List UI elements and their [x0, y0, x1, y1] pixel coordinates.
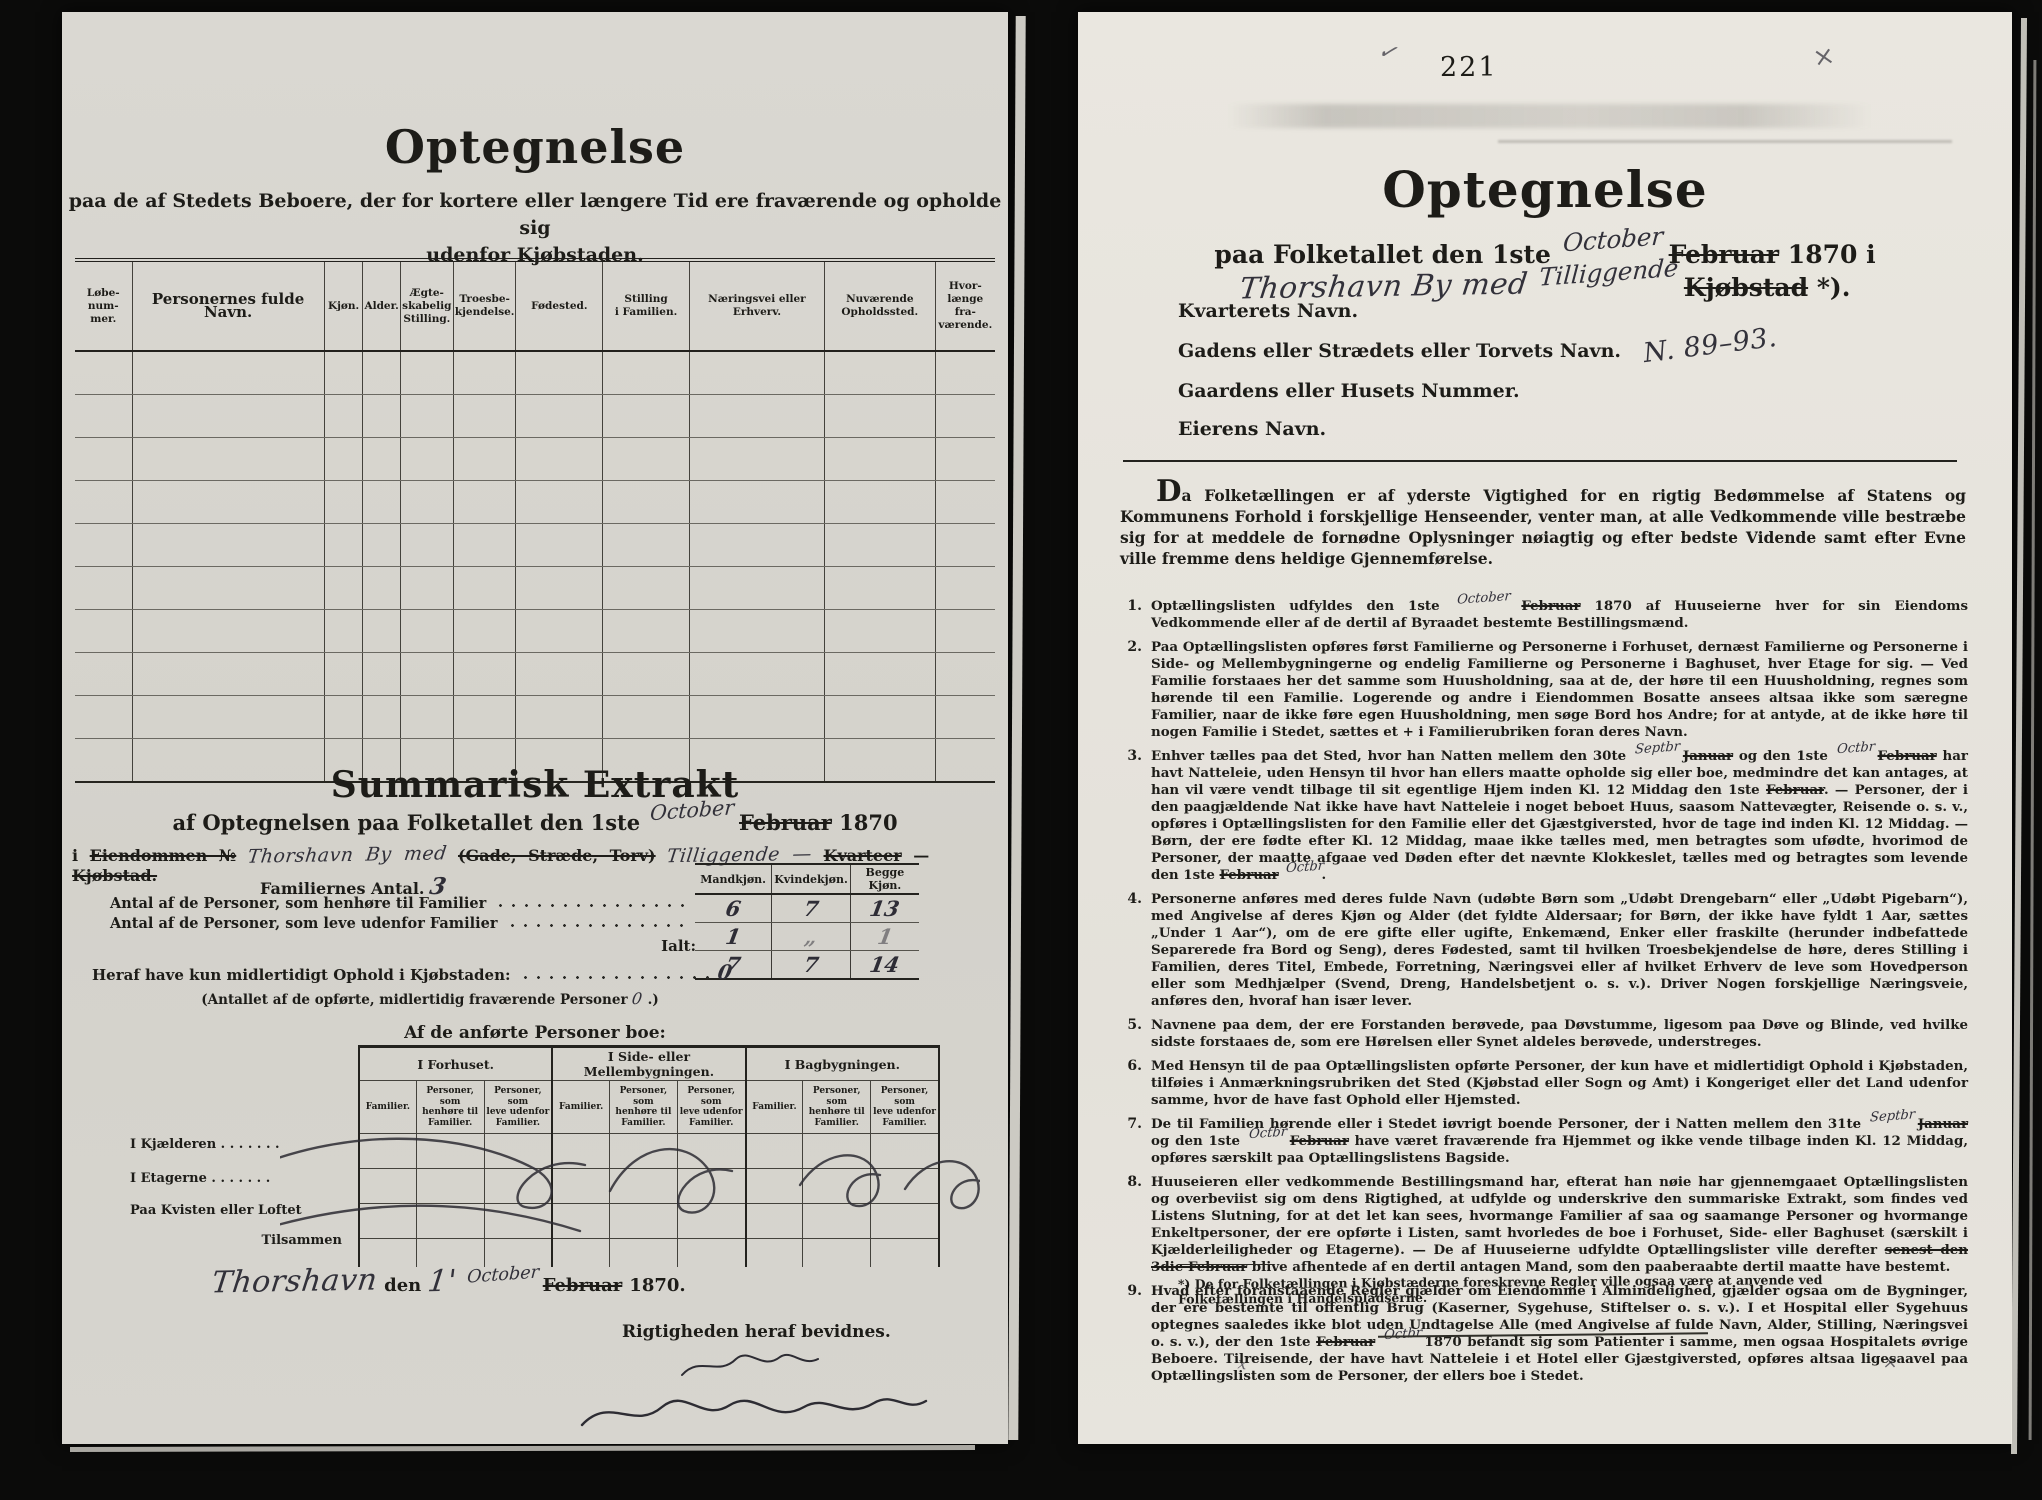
col-header-alder: Alder.: [363, 260, 400, 351]
table-row: [75, 524, 995, 567]
item-number: 1.: [1118, 598, 1142, 632]
count-value: „: [803, 924, 820, 949]
absent-persons-note: (Antallet af de opførte, midlertidig fra…: [80, 989, 780, 1008]
stat-label: Antal af de Personer, som leve udenfor F…: [110, 915, 498, 932]
dwelling-subheader: Familier. Personer, som henhøre til Fami…: [359, 1081, 939, 1134]
subcol-henhore: Personer, som henhøre til Familier.: [416, 1081, 484, 1134]
col-header-hvorlaenge: Hvor- længe fra- værende.: [935, 260, 995, 351]
group-forhuset: I Forhuset.: [359, 1047, 552, 1081]
stat-row-in-families: Antal af de Personer, som henhøre til Fa…: [110, 895, 696, 912]
dwelling-table-title: Af de anførte Personer boe:: [130, 1023, 940, 1043]
stray-pen-mark: ×: [1811, 40, 1838, 73]
group-bagbygningen: I Bagbygningen.: [746, 1047, 939, 1081]
col-header-kjon: Kjøn.: [324, 260, 363, 351]
table-row: [75, 567, 995, 610]
row-label-kvisten: Paa Kvisten eller Loftet: [130, 1203, 350, 1218]
label-eierens-navn: Eierens Navn.: [1178, 418, 1326, 440]
temporary-stay-line: Heraf have kun midlertidigt Ophold i Kjø…: [92, 960, 732, 984]
count-value: 14: [868, 952, 902, 977]
dwelling-grid: I Forhuset. I Side- eller Mellembygninge…: [358, 1045, 940, 1267]
intro-paragraph: Da Folketællingen er af yderste Vigtighe…: [1120, 480, 1966, 569]
right-page: 221 ✓ × × x Optegnelse paa Folketallet d…: [1078, 12, 2012, 1444]
item-text: Paa Optællingslisten opføres først Famil…: [1151, 639, 1968, 741]
label-husets-nummer: Gaardens eller Husets Nummer.: [1178, 380, 1520, 402]
table-row: [75, 351, 995, 395]
label-gadens-navn: Gadens eller Strædets eller Torvets Navn…: [1178, 340, 1621, 362]
item-number: 3.: [1118, 748, 1142, 884]
count-value: 7: [801, 952, 820, 977]
col-kvindekjon: Kvindekjøn.: [772, 864, 851, 894]
table-row: [75, 653, 995, 696]
stray-pen-mark: ✓: [1375, 38, 1399, 67]
group-mellembygningen: I Side- eller Mellembygningen.: [552, 1047, 745, 1081]
label-kvarterets-navn: Kvarterets Navn.: [1178, 300, 1358, 322]
col-header-navn: Personernes fulde Navn.: [132, 260, 324, 351]
col-beggekjon: Begge Kjøn.: [850, 864, 919, 894]
row-label-etagerne: I Etagerne . . . . . . .: [130, 1171, 350, 1186]
subcol-udenfor: Personer, som leve udenfor Familier.: [871, 1081, 939, 1134]
subcol-udenfor: Personer, som leve udenfor Familier.: [677, 1081, 745, 1134]
dwelling-group-header: I Forhuset. I Side- eller Mellembygninge…: [359, 1047, 939, 1081]
table-row: [75, 481, 995, 524]
col-header-aegteskabelig: Ægte- skabelig Stilling.: [400, 260, 453, 351]
dotted-leader: [519, 976, 713, 979]
item-text: Navnene paa dem, der ere Forstanden berø…: [1151, 1017, 1968, 1051]
sex-table-header: Mandkjøn. Kvindekjøn. Begge Kjøn.: [695, 864, 919, 894]
stat-row-outside-families: Antal af de Personer, som leve udenfor F…: [110, 915, 696, 932]
item-number: 9.: [1118, 1283, 1142, 1385]
col-header-lobenummer: Løbe- num- mer.: [75, 260, 132, 351]
instruction-item-2: 2. Paa Optællingslisten opføres først Fa…: [1118, 639, 1968, 741]
count-row: 6 7 13: [695, 894, 919, 923]
item-number: 6.: [1118, 1058, 1142, 1109]
count-value: 6: [724, 896, 743, 921]
instruction-item-5: 5. Navnene paa dem, der ere Forstanden b…: [1118, 1017, 1968, 1051]
item-text: Huuseieren eller vedkommende Bestillings…: [1151, 1174, 1968, 1276]
page-edge-binding: [1008, 16, 1025, 1440]
scanned-census-spread: Optegnelse paa de af Stedets Beboere, de…: [0, 0, 2042, 1500]
count-value: 7: [801, 896, 820, 921]
subcol-henhore: Personer, som henhøre til Familier.: [803, 1081, 871, 1134]
absence-table: Løbe- num- mer. Personernes fulde Navn. …: [75, 258, 995, 783]
instruction-item-6: 6. Med Hensyn til de paa Optællingsliste…: [1118, 1058, 1968, 1109]
item-text: Personerne anføres med deres fulde Navn …: [1151, 891, 1968, 1010]
item-number: 8.: [1118, 1174, 1142, 1276]
left-page-title: Optegnelse: [62, 120, 1008, 174]
left-subtitle-line1: paa de af Stedets Beboere, der for korte…: [62, 188, 1008, 242]
dwelling-row: [359, 1169, 939, 1204]
count-value: 1: [724, 924, 743, 949]
table-row: [75, 696, 995, 739]
extract-subtitle: af Optegnelsen paa Folketallet den 1ste …: [62, 810, 1008, 835]
item-text: De til Familien hørende eller i Stedet i…: [1151, 1116, 1968, 1167]
instruction-item-3: 3. Enhver tælles paa det Sted, hvor han …: [1118, 748, 1968, 884]
row-label-kjaelderen: I Kjælderen . . . . . . .: [130, 1137, 350, 1152]
dotted-leader: [506, 924, 690, 927]
col-header-naeringsvei: Næringsvei eller Erhverv.: [689, 260, 824, 351]
right-page-title: Optegnelse: [1078, 160, 2012, 219]
stat-label: Antal af de Personer, som henhøre til Fa…: [110, 895, 486, 912]
table-row: [75, 438, 995, 481]
instruction-item-1: 1. Optællingslisten udfyldes den 1ste Oc…: [1118, 598, 1968, 632]
summary-statistics: Familiernes Antal. 3 Antal af de Persone…: [80, 863, 990, 1013]
subcol-familier: Familier.: [552, 1081, 609, 1134]
right-page-subtitle: paa Folketallet den 1ste October Februar…: [1098, 240, 1992, 303]
extract-title: Summarisk Extrakt: [62, 764, 1008, 806]
item-text: Med Hensyn til de paa Optællingslisten o…: [1151, 1058, 1968, 1109]
ink-bleed-ghost: [1228, 104, 1872, 128]
col-header-fodested: Fødested.: [516, 260, 603, 351]
dateline: Thorshavn den 1' October Februar 1870.: [212, 1264, 686, 1299]
footnote-rule: [1178, 1264, 1273, 1265]
table-row: [75, 395, 995, 438]
handwritten-house-numbers: N. 89–93.: [1642, 322, 1779, 369]
temporary-stay-value: 0: [716, 960, 734, 984]
col-header-troesbekjendelse: Troesbe- kjendelse.: [453, 260, 516, 351]
subcol-henhore: Personer, som henhøre til Familier.: [610, 1081, 678, 1134]
page-edge-right-thin: [2029, 60, 2037, 1440]
subcol-familier: Familier.: [359, 1081, 416, 1134]
total-label: Ialt:: [110, 937, 696, 955]
footnote: *) De for Folketællingen i Kjøbstæderne …: [1178, 1271, 1922, 1306]
attestation-line: Rigtigheden heraf bevidnes.: [622, 1322, 891, 1342]
horizontal-rule: [1123, 460, 1957, 462]
item-text: Optællingslisten udfyldes den 1ste Octob…: [1151, 598, 1968, 632]
scratch-line: [1498, 140, 1952, 143]
folio-number: 221: [1440, 52, 1498, 83]
count-row: 1 „ 1: [695, 923, 919, 951]
temporary-stay-label: Heraf have kun midlertidigt Ophold i Kjø…: [92, 966, 511, 984]
dwelling-table: I Kjælderen . . . . . . . I Etagerne . .…: [130, 1045, 940, 1260]
subcol-udenfor: Personer, som leve udenfor Familier.: [484, 1081, 552, 1134]
dwelling-row: [359, 1204, 939, 1239]
item-text: Enhver tælles paa det Sted, hvor han Nat…: [1151, 748, 1968, 884]
subcol-familier: Familier.: [746, 1081, 803, 1134]
instruction-item-8: 8. Huuseieren eller vedkommende Bestilli…: [1118, 1174, 1968, 1276]
dwelling-row-total: [359, 1239, 939, 1268]
absence-table-header-row: Løbe- num- mer. Personernes fulde Navn. …: [75, 260, 995, 351]
col-header-stilling: Stilling i Familien.: [603, 260, 690, 351]
table-row: [75, 610, 995, 653]
left-page-subtitle: paa de af Stedets Beboere, der for korte…: [62, 188, 1008, 269]
item-number: 5.: [1118, 1017, 1142, 1051]
count-value: 1: [875, 924, 894, 949]
item-number: 2.: [1118, 639, 1142, 741]
dotted-leader: [494, 904, 690, 907]
instruction-item-4: 4. Personerne anføres med deres fulde Na…: [1118, 891, 1968, 1010]
instruction-item-7: 7. De til Familien hørende eller i Stede…: [1118, 1116, 1968, 1167]
count-value: 13: [868, 896, 902, 921]
absence-table-body: [75, 351, 995, 782]
item-number: 7.: [1118, 1116, 1142, 1167]
col-mandkjon: Mandkjøn.: [695, 864, 772, 894]
dwelling-row: [359, 1134, 939, 1169]
col-header-opholdssted: Nuværende Opholdssted.: [824, 260, 935, 351]
page-edge-right: [2011, 18, 2027, 1454]
left-page: Optegnelse paa de af Stedets Beboere, de…: [62, 12, 1008, 1444]
row-label-tilsammen: Tilsammen: [130, 1233, 352, 1248]
item-number: 4.: [1118, 891, 1142, 1010]
signature-scribble: [522, 1347, 942, 1452]
